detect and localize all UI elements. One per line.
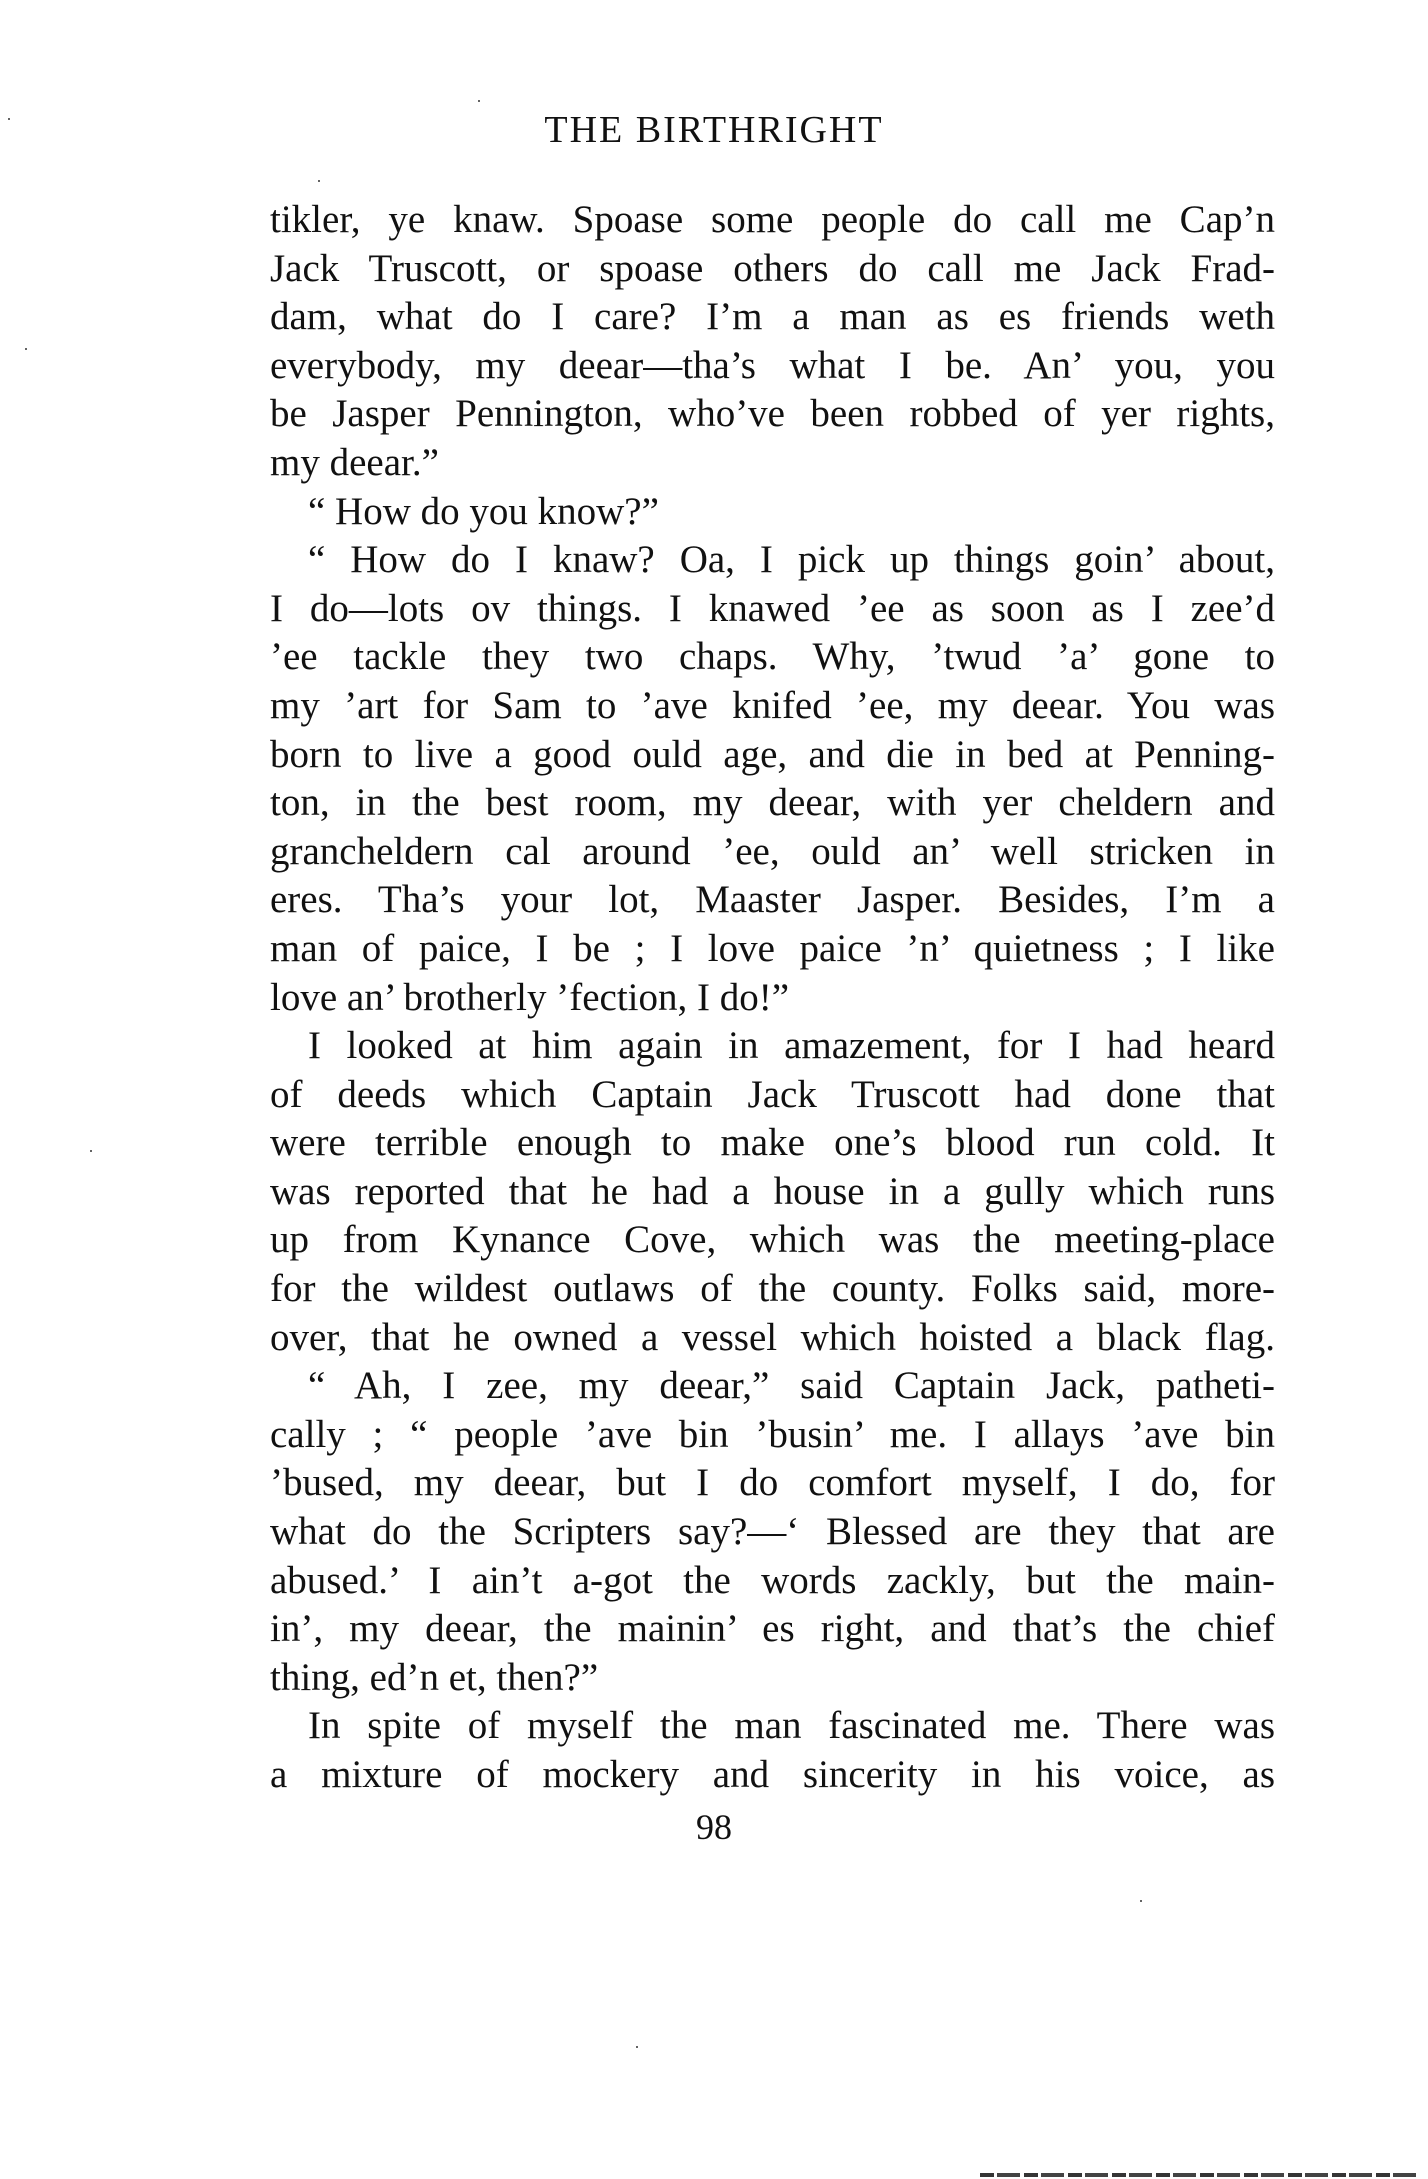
scan-speck — [1140, 1900, 1142, 1902]
text-line: love an’ brotherly ’fection, I do!” — [270, 974, 1275, 1023]
text-line: for the wildest outlaws of the county. F… — [270, 1265, 1275, 1314]
text-line: my deear.” — [270, 439, 1275, 488]
text-line: up from Kynance Cove, which was the meet… — [270, 1216, 1275, 1265]
text-line: “ How do I knaw? Oa, I pick up things go… — [270, 536, 1275, 585]
text-line: everybody, my deear—tha’s what I be. An’… — [270, 342, 1275, 391]
page-number: 98 — [0, 1806, 1428, 1848]
text-line: dam, what do I care? I’m a man as es fri… — [270, 293, 1275, 342]
text-line: In spite of myself the man fascinated me… — [270, 1702, 1275, 1751]
text-line: tikler, ye knaw. Spoase some people do c… — [270, 196, 1275, 245]
text-line: abused.’ I ain’t a-got the words zackly,… — [270, 1557, 1275, 1606]
scan-speck — [8, 118, 10, 120]
book-page: THE BIRTHRIGHT tikler, ye knaw. Spoase s… — [0, 0, 1428, 2179]
scan-speck — [90, 1150, 92, 1152]
text-line: of deeds which Captain Jack Truscott had… — [270, 1071, 1275, 1120]
text-line: ’bused, my deear, but I do comfort mysel… — [270, 1459, 1275, 1508]
text-line: were terrible enough to make one’s blood… — [270, 1119, 1275, 1168]
text-line: ton, in the best room, my deear, with ye… — [270, 779, 1275, 828]
text-line: grancheldern cal around ’ee, ould an’ we… — [270, 828, 1275, 877]
text-line: “ How do you know?” — [270, 488, 1275, 537]
scan-speck — [318, 180, 320, 182]
text-line: a mixture of mockery and sincerity in hi… — [270, 1751, 1275, 1800]
text-line: over, that he owned a vessel which hoist… — [270, 1314, 1275, 1363]
text-line: eres. Tha’s your lot, Maaster Jasper. Be… — [270, 876, 1275, 925]
text-line: Jack Truscott, or spoase others do call … — [270, 245, 1275, 294]
scan-speck — [478, 100, 480, 102]
text-line: I do—lots ov things. I knawed ’ee as soo… — [270, 585, 1275, 634]
text-line: ’ee tackle they two chaps. Why, ’twud ’a… — [270, 633, 1275, 682]
text-line: cally ; “ people ’ave bin ’busin’ me. I … — [270, 1411, 1275, 1460]
running-head: THE BIRTHRIGHT — [0, 108, 1428, 152]
scan-speck — [25, 348, 27, 350]
text-line: be Jasper Pennington, who’ve been robbed… — [270, 390, 1275, 439]
text-line: man of paice, I be ; I love paice ’n’ qu… — [270, 925, 1275, 974]
text-line: I looked at him again in amazement, for … — [270, 1022, 1275, 1071]
text-line: my ’art for Sam to ’ave knifed ’ee, my d… — [270, 682, 1275, 731]
text-line: “ Ah, I zee, my deear,” said Captain Jac… — [270, 1362, 1275, 1411]
scan-edge-artifact — [980, 2173, 1420, 2177]
body-text: tikler, ye knaw. Spoase some people do c… — [270, 196, 1275, 1800]
text-line: was reported that he had a house in a gu… — [270, 1168, 1275, 1217]
scan-speck — [636, 2046, 638, 2048]
text-line: what do the Scripters say?—‘ Blessed are… — [270, 1508, 1275, 1557]
text-line: in’, my deear, the mainin’ es right, and… — [270, 1605, 1275, 1654]
text-line: thing, ed’n et, then?” — [270, 1654, 1275, 1703]
text-line: born to live a good ould age, and die in… — [270, 731, 1275, 780]
